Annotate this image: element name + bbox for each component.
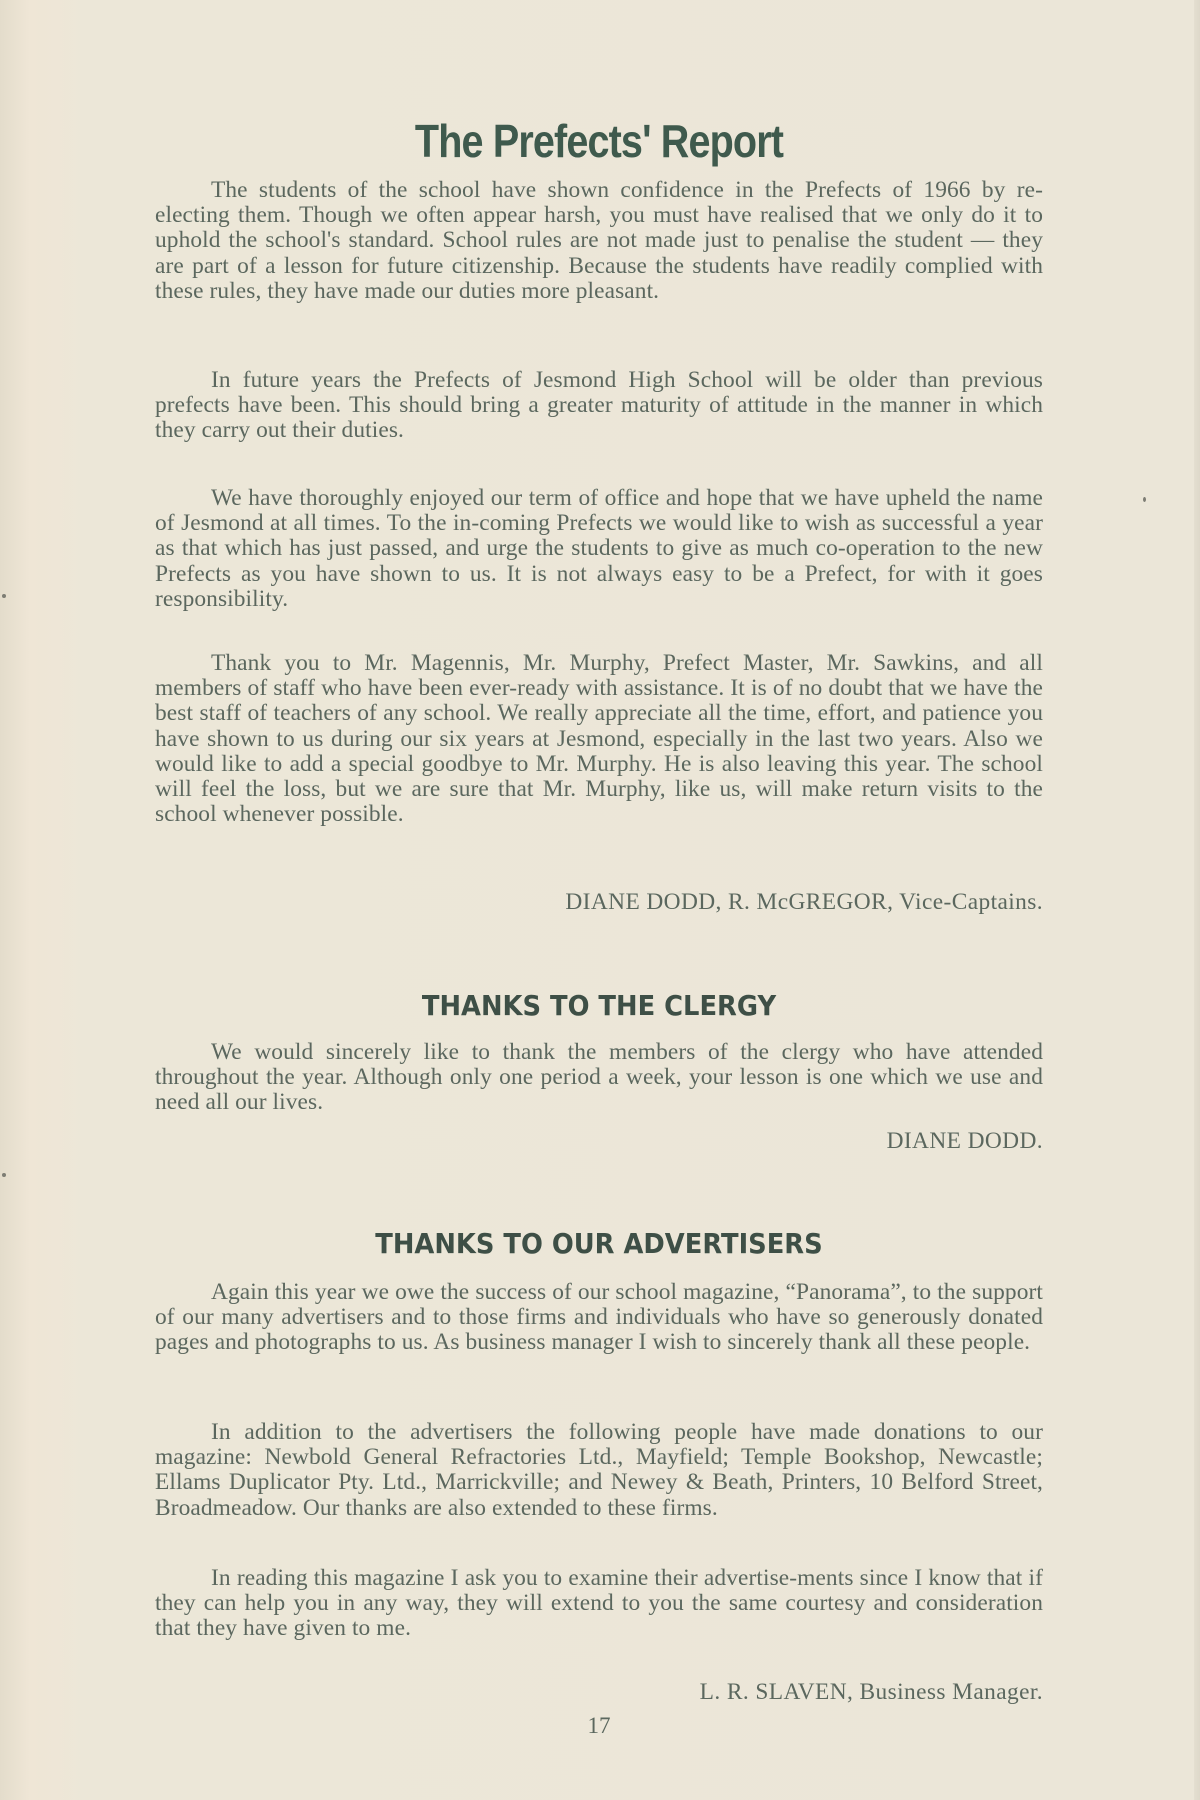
print-speck xyxy=(2,594,6,598)
text-column: The Prefects' Report The students of the… xyxy=(155,0,1043,1800)
prefects-paragraph-1: The students of the school have shown co… xyxy=(155,178,1043,304)
prefects-paragraph-3: We have thoroughly enjoyed our term of o… xyxy=(155,486,1043,612)
print-speck xyxy=(1143,497,1146,502)
page-number: 17 xyxy=(155,1713,1043,1739)
clergy-paragraph: We would sincerely like to thank the mem… xyxy=(155,1040,1043,1116)
page-edge xyxy=(1194,0,1200,1800)
clergy-signature: DIANE DODD. xyxy=(155,1128,1043,1154)
prefects-signature: DIANE DODD, R. McGREGOR, Vice-Captains. xyxy=(155,889,1043,915)
print-speck xyxy=(2,1173,6,1177)
advertisers-paragraph-2: In addition to the advertisers the follo… xyxy=(155,1420,1043,1521)
advertisers-paragraph-3: In reading this magazine I ask you to ex… xyxy=(155,1566,1043,1642)
clergy-heading: THANKS TO THE CLERGY xyxy=(191,988,1008,1024)
magazine-page: The Prefects' Report The students of the… xyxy=(0,0,1200,1800)
advertisers-heading: THANKS TO OUR ADVERTISERS xyxy=(191,1226,1008,1262)
advertisers-signature: L. R. SLAVEN, Business Manager. xyxy=(155,1679,1043,1705)
prefects-paragraph-4: Thank you to Mr. Magennis, Mr. Murphy, P… xyxy=(155,651,1043,827)
page-title: The Prefects' Report xyxy=(217,112,981,170)
prefects-paragraph-2: In future years the Prefects of Jesmond … xyxy=(155,368,1043,444)
advertisers-paragraph-1: Again this year we owe the success of ou… xyxy=(155,1280,1043,1356)
